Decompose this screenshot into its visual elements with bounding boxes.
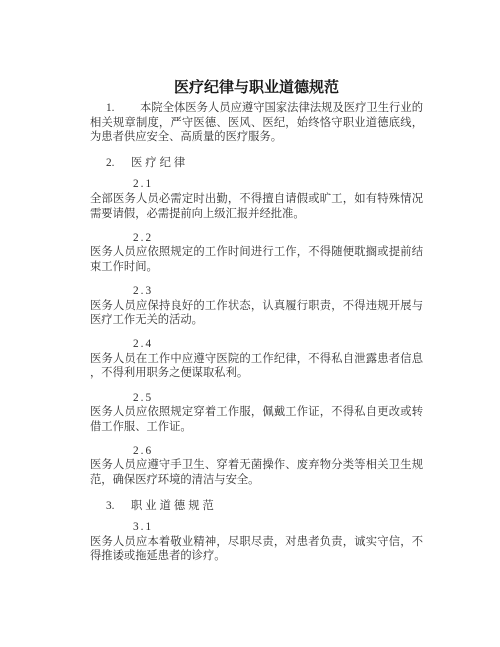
section-3.1: 3.1医务人员应本着敬业精神，尽职尽责，对患者负责，诚实守信，不得推诿或拖延患者… [90, 520, 423, 564]
item-first-line: 3.职业道德规范 [90, 499, 423, 514]
section-2.3: 2.3医务人员应保持良好的工作状态，认真履行职责，不得违规开展与医疗工作无关的活… [90, 284, 423, 328]
section-3: 3.职业道德规范 [90, 499, 423, 514]
item-text: 本院全体医务人员应遵守国家法律法规及医疗卫生行业的 [140, 102, 423, 114]
text-line: 医务人员应依照规定的工作时间进行工作，不得随便耽搁或提前结 [90, 245, 423, 260]
section-2: 2.医疗纪律 [90, 156, 423, 171]
item-text: 职业道德规范 [131, 500, 217, 512]
clause-number: 2.2 [133, 231, 423, 246]
document-content: 医疗纪律与职业道德规范 1.本院全体医务人员应遵守国家法律法规及医疗卫生行业的相… [90, 78, 423, 564]
text-line: 医务人员在工作中应遵守医院的工作纪律，不得私自泄露患者信息 [90, 352, 423, 367]
text-line: 借工作服、工作证。 [90, 420, 423, 435]
text-line: 医务人员应遵守手卫生、穿着无菌操作、废弃物分类等相关卫生规 [90, 458, 423, 473]
text-line: 相关规章制度，严守医德、医风、医纪，始终恪守职业道德底线， [90, 116, 423, 131]
item-number: 1. [106, 101, 140, 116]
text-line: 医务人员应依照规定穿着工作服，佩戴工作证，不得私自更改或转 [90, 405, 423, 420]
text-line: 医务人员应保持良好的工作状态，认真履行职责，不得违规开展与 [90, 299, 423, 314]
item-first-line: 1.本院全体医务人员应遵守国家法律法规及医疗卫生行业的 [90, 101, 423, 116]
section-2.6: 2.6医务人员应遵守手卫生、穿着无菌操作、废弃物分类等相关卫生规范，确保医疗环境… [90, 444, 423, 488]
clause-number: 2.5 [133, 391, 423, 406]
item-number: 2. [106, 156, 131, 171]
clause-number: 2.1 [133, 177, 423, 192]
text-line: 医务人员应本着敬业精神，尽职尽责，对患者负责，诚实守信，不 [90, 535, 423, 550]
item-first-line: 2.医疗纪律 [90, 156, 423, 171]
document-title: 医疗纪律与职业道德规范 [90, 78, 423, 98]
document-page: 医疗纪律与职业道德规范 1.本院全体医务人员应遵守国家法律法规及医疗卫生行业的相… [0, 0, 500, 647]
text-line: 需要请假，必需提前向上级汇报并经批准。 [90, 207, 423, 222]
section-1: 1.本院全体医务人员应遵守国家法律法规及医疗卫生行业的相关规章制度，严守医德、医… [90, 101, 423, 145]
section-2.4: 2.4医务人员在工作中应遵守医院的工作纪律，不得私自泄露患者信息，不得利用职务之… [90, 337, 423, 381]
text-line: 全部医务人员必需定时出勤，不得擅自请假或旷工，如有特殊情况 [90, 192, 423, 207]
clause-number: 2.4 [133, 337, 423, 352]
text-line: 束工作时间。 [90, 260, 423, 275]
text-line: 范，确保医疗环境的清洁与安全。 [90, 473, 423, 488]
text-line: 为患者供应安全、高质量的医疗服务。 [90, 130, 423, 145]
item-text: 医疗纪律 [131, 157, 188, 169]
section-2.1: 2.1全部医务人员必需定时出勤，不得擅自请假或旷工，如有特殊情况需要请假，必需提… [90, 177, 423, 221]
item-number: 3. [106, 499, 131, 514]
section-2.2: 2.2医务人员应依照规定的工作时间进行工作，不得随便耽搁或提前结束工作时间。 [90, 231, 423, 275]
clause-number: 2.6 [133, 444, 423, 459]
document-sections: 1.本院全体医务人员应遵守国家法律法规及医疗卫生行业的相关规章制度，严守医德、医… [90, 101, 423, 564]
text-line: 得推诿或拖延患者的诊疗。 [90, 549, 423, 564]
section-2.5: 2.5医务人员应依照规定穿着工作服，佩戴工作证，不得私自更改或转借工作服、工作证… [90, 391, 423, 435]
text-line: ，不得利用职务之便谋取私利。 [90, 366, 423, 381]
clause-number: 2.3 [133, 284, 423, 299]
text-line: 医疗工作无关的活动。 [90, 313, 423, 328]
clause-number: 3.1 [133, 520, 423, 535]
